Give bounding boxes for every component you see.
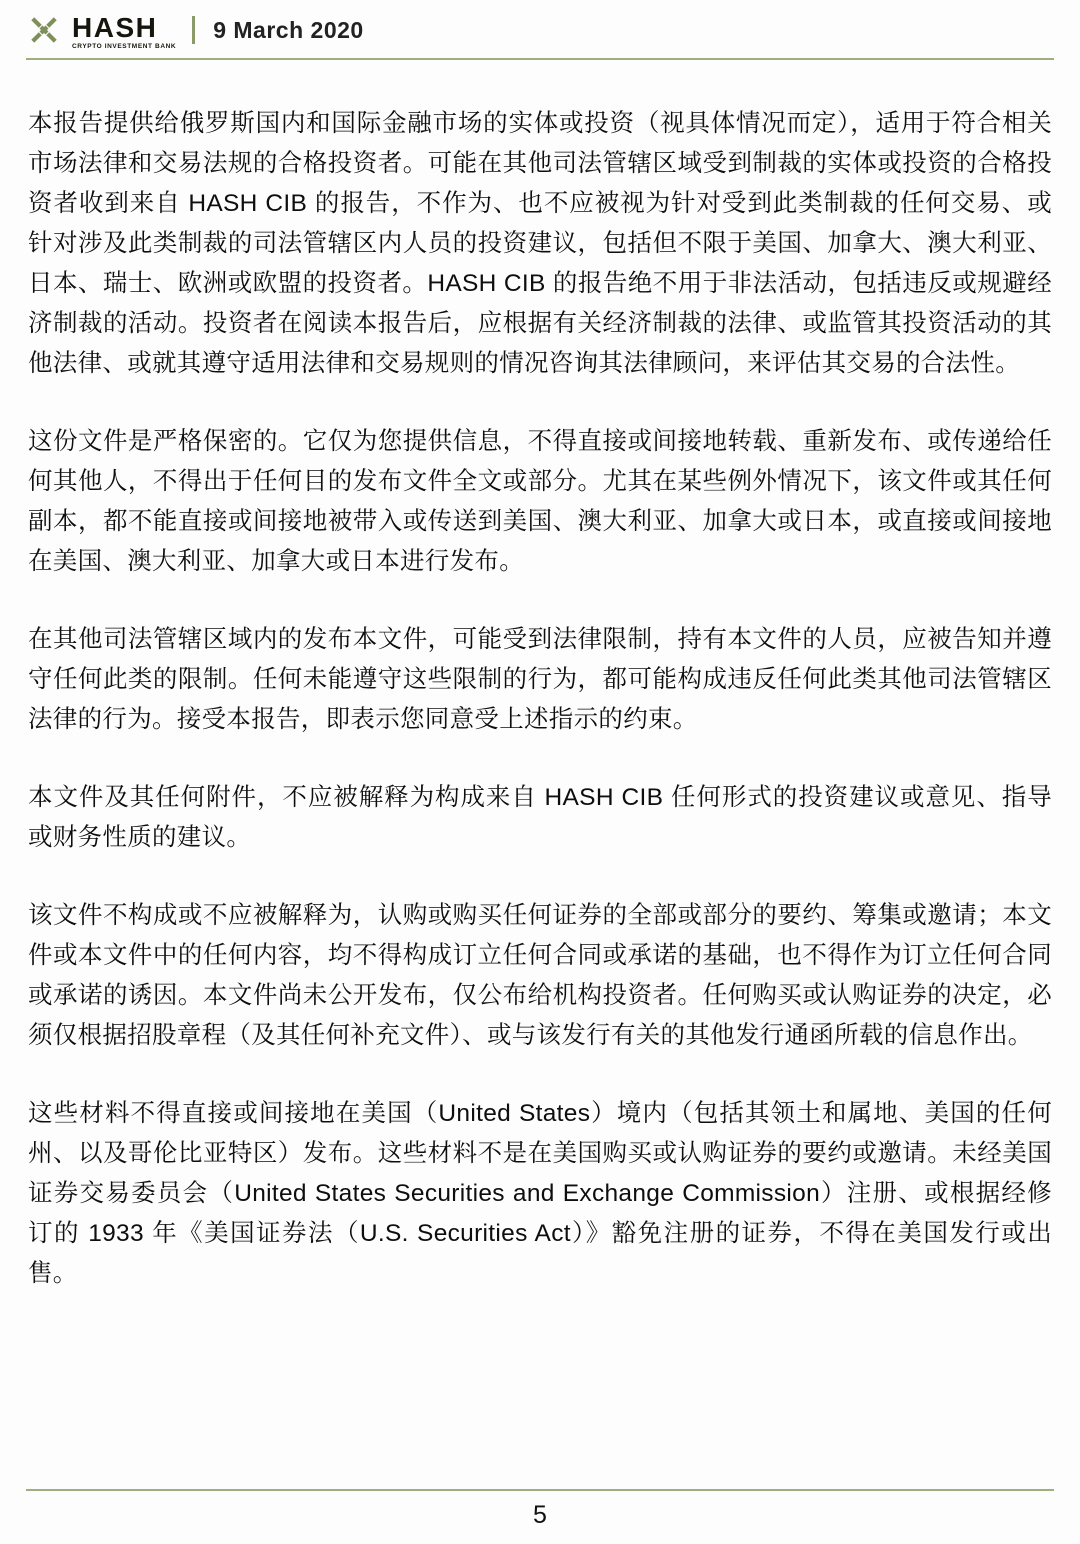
disclaimer-paragraph: 本文件及其任何附件，不应被解释为构成来自 HASH CIB 任何形式的投资建议或… xyxy=(28,778,1052,858)
disclaimer-paragraph: 这些材料不得直接或间接地在美国（United States）境内（包括其领土和属… xyxy=(28,1094,1052,1294)
disclaimer-paragraph: 本报告提供给俄罗斯国内和国际金融市场的实体或投资（视具体情况而定），适用于符合相… xyxy=(28,104,1052,384)
brand-tagline: CRYPTO INVESTMENT BANK xyxy=(72,44,176,51)
disclaimer-paragraph: 在其他司法管辖区域内的发布本文件，可能受到法律限制，持有本文件的人员，应被告知并… xyxy=(28,620,1052,740)
page-footer: 5 xyxy=(0,1489,1080,1544)
hash-dissolve-icon xyxy=(26,12,62,48)
disclaimer-paragraph: 该文件不构成或不应被解释为，认购或购买任何证券的全部或部分的要约、筹集或邀请；本… xyxy=(28,896,1052,1056)
document-page: HASH CRYPTO INVESTMENT BANK 9 March 2020… xyxy=(0,0,1080,1544)
header-divider xyxy=(192,16,195,44)
brand-name: HASH xyxy=(72,14,176,42)
report-date: 9 March 2020 xyxy=(213,17,363,44)
page-header: HASH CRYPTO INVESTMENT BANK 9 March 2020 xyxy=(0,0,1080,60)
footer-rule xyxy=(26,1489,1054,1491)
page-number: 5 xyxy=(26,1501,1054,1530)
disclaimer-content: 本报告提供给俄罗斯国内和国际金融市场的实体或投资（视具体情况而定），适用于符合相… xyxy=(0,60,1080,1332)
disclaimer-paragraph: 这份文件是严格保密的。它仅为您提供信息，不得直接或间接地转载、重新发布、或传递给… xyxy=(28,422,1052,582)
hash-logo: HASH CRYPTO INVESTMENT BANK xyxy=(26,14,176,51)
